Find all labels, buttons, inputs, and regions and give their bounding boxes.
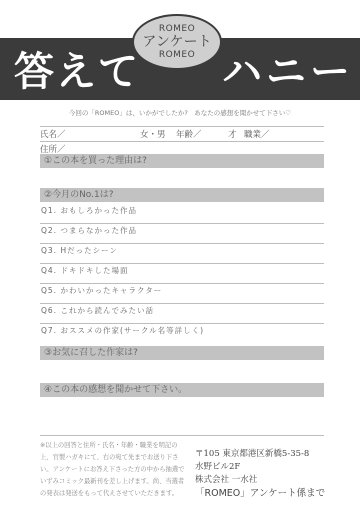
occupation-field[interactable]: 職業／: [244, 128, 270, 140]
name-field[interactable]: 氏名／: [40, 128, 66, 140]
question-4-line[interactable]: Q4. ドキドキした場面: [40, 264, 324, 284]
footer-divider: [40, 435, 324, 436]
question-7-line[interactable]: Q7. おススメの作家(サークル名等詳しく): [40, 324, 324, 344]
address-line-3: 株式会社 一水社: [195, 474, 330, 487]
address-line-1: 〒105 東京都港区新橋5-35-8: [195, 448, 330, 461]
address-line-2: 水野ビル2F: [195, 461, 330, 474]
section-1-bar: ①この本を買った理由は?: [40, 154, 324, 168]
title-left: 答えて: [14, 44, 140, 100]
section-3-bar: ③お気に召した作家は?: [40, 346, 324, 360]
badge-line-2: アンケート: [142, 34, 211, 50]
mailing-address: 〒105 東京都港区新橋5-35-8 水野ビル2F 株式会社 一水社 「ROME…: [195, 448, 330, 500]
question-3-line[interactable]: Q3. Hだったシーン: [40, 244, 324, 264]
section-2-bar: ②今月のNo.1は?: [40, 188, 324, 202]
divider: [40, 126, 324, 127]
age-unit-label: 才: [228, 128, 237, 140]
gender-field[interactable]: 女・男: [140, 128, 166, 140]
divider: [40, 141, 324, 142]
notice-text: ※以上の回答と住所・氏名・年齢・職業を明記の上、官製ハガキにて、右の宛て先までお…: [40, 440, 188, 500]
question-5-line[interactable]: Q5. かわいかったキャラクター: [40, 284, 324, 304]
section-4-bar: ④この本の感想を聞かせて下さい。: [40, 383, 324, 397]
question-1-line[interactable]: Q1. おもしろかった作品: [40, 204, 324, 224]
question-6-line[interactable]: Q6. これから読んでみたい話: [40, 304, 324, 324]
intro-text: 今回の「ROMEO」は、いかがでしたか? あなたの感想を聞かせて下さい♡: [0, 108, 360, 117]
romeo-enquete-badge: ROMEO アンケート ROMEO: [132, 14, 222, 70]
question-2-line[interactable]: Q2. つまらなかった作品: [40, 224, 324, 244]
badge-line-1: ROMEO: [159, 24, 195, 34]
name-row: 氏名／ 女・男 年齢／ 才 職業／: [40, 128, 324, 140]
age-field[interactable]: 年齢／: [176, 128, 202, 140]
title-right: ハニー: [222, 44, 354, 100]
address-line-4: 「ROMEO」アンケート係まで: [195, 487, 330, 500]
badge-line-3: ROMEO: [159, 50, 195, 60]
